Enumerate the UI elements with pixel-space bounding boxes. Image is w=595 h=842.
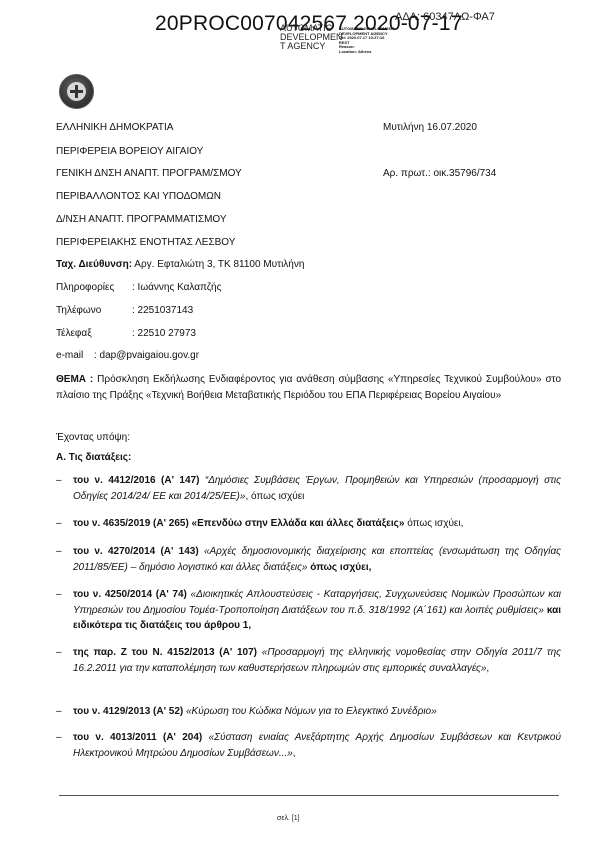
subject-label: ΘΕΜΑ :	[56, 374, 93, 385]
cross-vertical	[75, 85, 78, 98]
provision-tail: ,	[486, 663, 489, 674]
provision-item: – της παρ. Ζ του Ν. 4152/2013 (Α' 107) «…	[56, 645, 561, 676]
contact-info-value: : Ιωάννης Καλαπζής	[132, 282, 221, 293]
dash-bullet: –	[56, 704, 62, 720]
considering-heading: Έχοντας υπόψη:	[56, 432, 130, 443]
subject-text: Πρόσκληση Εκδήλωσης Ενδιαφέροντος για αν…	[56, 374, 561, 401]
contact-info-label: Πληροφορίες	[56, 282, 114, 293]
footer-divider	[59, 795, 559, 796]
page-number: σελ. [1]	[277, 815, 300, 822]
contact-phone-value: : 2251037143	[132, 305, 193, 316]
provision-lead: του ν. 4129/2013 (Α' 52)	[73, 706, 186, 717]
contact-email-label: e-mail	[56, 350, 83, 361]
provision-item: – του ν. 4412/2016 (Α' 147) “Δημόσιες Συ…	[56, 473, 561, 504]
dash-bullet: –	[56, 516, 62, 532]
greek-coat-of-arms-icon	[59, 74, 94, 109]
digital-signature-details: AUTOMATIC DEVELOPMENT DEVELOPMENT AGENCY…	[339, 27, 394, 54]
header-region: ΠΕΡΙΦΕΡΕΙΑ ΒΟΡΕΙΟΥ ΑΙΓΑΙΟΥ	[56, 146, 203, 157]
provision-item: – του ν. 4270/2014 (Α' 143) «Αρχές δημοσ…	[56, 544, 561, 575]
header-republic: ΕΛΛΗΝΙΚΗ ΔΗΜΟΚΡΑΤΙΑ	[56, 122, 173, 133]
dash-bullet: –	[56, 730, 62, 746]
provision-item: – του ν. 4635/2019 (Α' 265) «Επενδύω στη…	[56, 516, 561, 532]
provision-lead: του ν. 4270/2014 (Α' 143)	[73, 546, 204, 557]
contact-email-value[interactable]: : dap@pvaigaiou.gov.gr	[94, 350, 199, 361]
provision-lead: της παρ. Ζ του Ν. 4152/2013 (Α' 107)	[73, 647, 262, 658]
contact-phone-label: Τηλέφωνο	[56, 305, 101, 316]
provision-lead: του ν. 4250/2014 (Α' 74)	[73, 589, 191, 600]
provision-tail: όπως ισχύει,	[404, 518, 463, 529]
dash-bullet: –	[56, 473, 62, 489]
provision-item: – του ν. 4250/2014 (Α' 74) «Διοικητικές …	[56, 587, 561, 634]
place-date: Μυτιλήνη 16.07.2020	[383, 122, 477, 133]
address-label: Ταχ. Διεύθυνση:	[56, 259, 132, 270]
provision-lead: του ν. 4412/2016 (Α' 147)	[73, 475, 205, 486]
provision-item: – του ν. 4129/2013 (Α' 52) «Κύρωση του Κ…	[56, 704, 561, 720]
header-directorate: Δ/ΝΣΗ ΑΝΑΠΤ. ΠΡΟΓΡΑΜΜΑΤΙΣΜΟΥ	[56, 214, 227, 225]
dash-bullet: –	[56, 544, 62, 560]
address-value: Αργ. Εφταλιώτη 3, ΤΚ 81100 Μυτιλήνη	[134, 259, 304, 270]
dash-bullet: –	[56, 587, 62, 603]
provision-title: «Κύρωση του Κώδικα Νόμων για το Ελεγκτικ…	[186, 706, 437, 717]
provision-lead: του ν. 4013/2011 (Α' 204)	[73, 732, 209, 743]
signature-agency-block: AUTOMATIC DEVELOPMEN T AGENCY	[280, 24, 343, 51]
dash-bullet: –	[56, 645, 62, 661]
provision-tail: όπως ισχύει,	[308, 562, 372, 573]
header-regional-unit: ΠΕΡΙΦΕΡΕΙΑΚΗΣ ΕΝΟΤΗΤΑΣ ΛΕΣΒΟΥ	[56, 237, 235, 248]
emblem-shield	[67, 82, 86, 101]
contact-fax-label: Τέλεφαξ	[56, 328, 92, 339]
protocol-number: Αρ. πρωτ.: οικ.35796/734	[383, 168, 496, 179]
provision-tail: ,	[293, 748, 296, 759]
subject: ΘΕΜΑ : Πρόσκληση Εκδήλωσης Ενδιαφέροντος…	[56, 372, 561, 403]
section-a-heading: Α. Τις διατάξεις:	[56, 452, 131, 463]
postal-address: Ταχ. Διεύθυνση: Αργ. Εφταλιώτη 3, ΤΚ 811…	[56, 259, 304, 270]
provision-item: – του ν. 4013/2011 (Α' 204) «Σύσταση ενι…	[56, 730, 561, 761]
header-environment: ΠΕΡΙΒΑΛΛΟΝΤΟΣ ΚΑΙ ΥΠΟΔΟΜΩΝ	[56, 191, 221, 202]
provision-lead: του ν. 4635/2019 (Α' 265) «Επενδύω στην …	[73, 518, 404, 529]
agency-line: T AGENCY	[280, 42, 343, 51]
provision-tail: , όπως ισχύει	[245, 491, 304, 502]
email-link[interactable]: : dap@pvaigaiou.gov.gr	[94, 350, 199, 361]
contact-fax-value: : 22510 27973	[132, 328, 196, 339]
header-general-directorate: ΓΕΝΙΚΗ ΔΝΣΗ ΑΝΑΠΤ. ΠΡΟΓΡΑΜ/ΣΜΟΥ	[56, 168, 242, 179]
signature-line: Location: Athens	[339, 50, 394, 55]
ada-code: ΑΔΑ: 60347ΛΩ-ΦΑ7	[395, 11, 495, 23]
